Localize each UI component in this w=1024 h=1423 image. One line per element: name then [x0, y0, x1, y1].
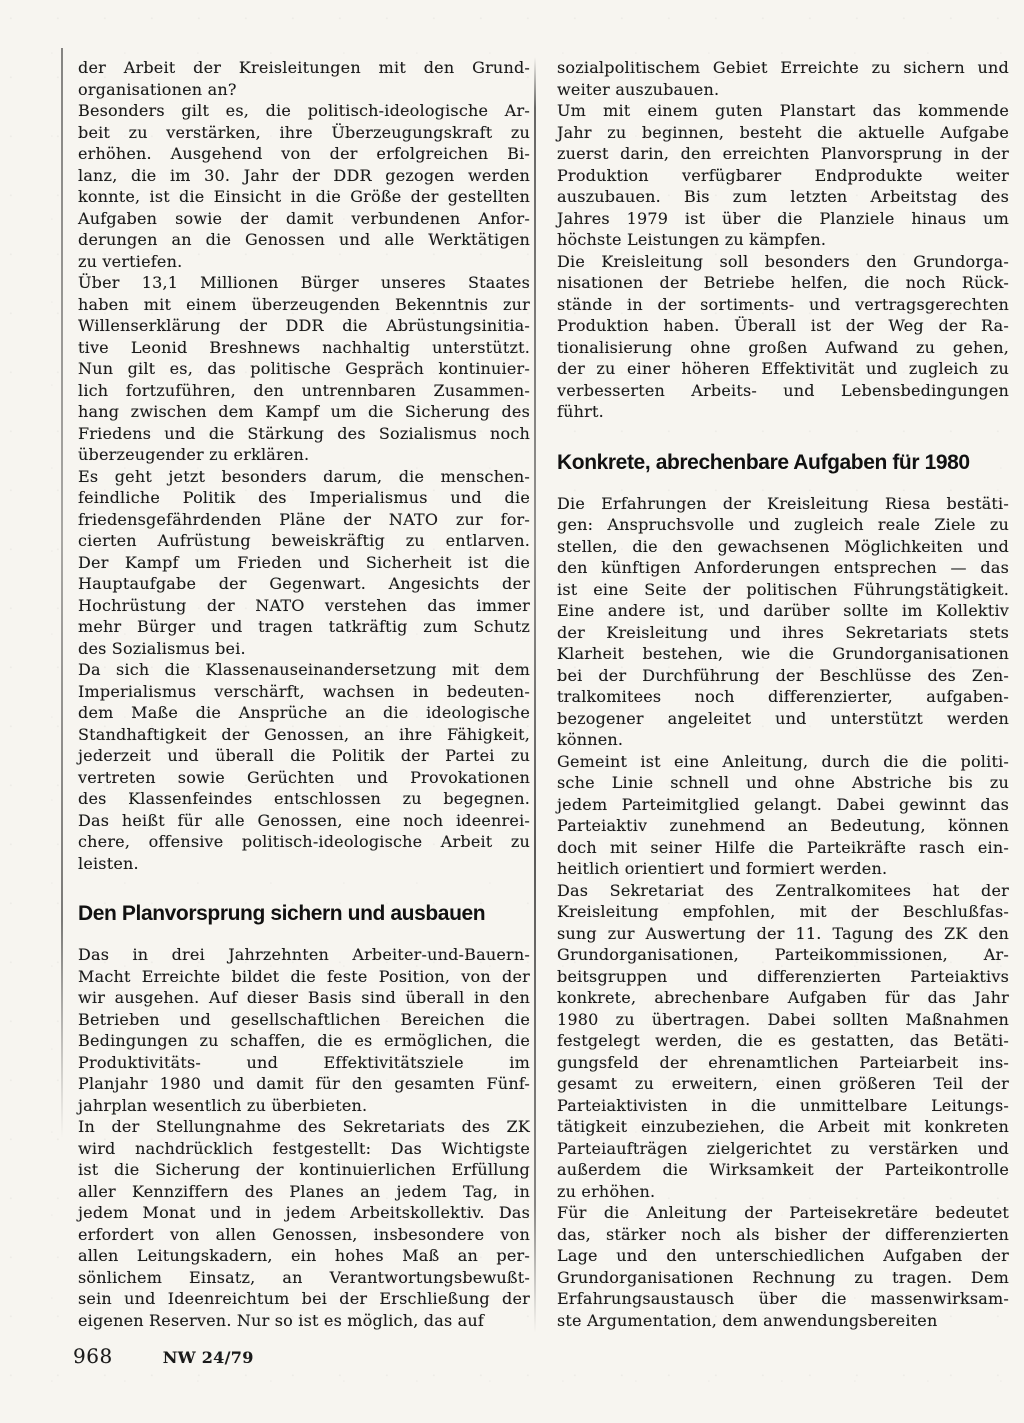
text-line: Macht Erreichte bildet die feste Positio…: [78, 966, 530, 988]
text-line: sein und Ideenreichtum bei der Erschließ…: [78, 1288, 530, 1310]
text-line: überzeugender zu erklären.: [78, 444, 530, 466]
text-line: Willenserklärung der DDR die Abrüstungsi…: [78, 315, 530, 337]
text-line: Lage und den unterschiedlichen Aufgaben …: [557, 1245, 1009, 1267]
text-line: verbesserten Arbeits- und Lebensbedingun…: [557, 380, 1009, 402]
text-line: Jahres 1979 ist über die Planziele hinau…: [557, 208, 1009, 230]
text-line: Da sich die Klassenauseinandersetzung mi…: [78, 659, 530, 681]
paragraph: Da sich die Klassenauseinandersetzung mi…: [78, 659, 530, 874]
text-line: außerdem die Wirksamkeit der Parteikontr…: [557, 1159, 1009, 1181]
text-line: bezogener angeleitet und unterstützt wer…: [557, 708, 1009, 730]
text-line: gen: Anspruchsvolle und zugleich reale Z…: [557, 514, 1009, 536]
text-line: Planjahr 1980 und damit für den gesamten…: [78, 1073, 530, 1095]
text-line: Kreisleitung empfohlen, mit der Beschluß…: [557, 901, 1009, 923]
paragraph: Das in drei Jahrzehnten Arbeiter-und-Bau…: [78, 944, 530, 1116]
text-line: ist die Sicherung der kontinuierlichen E…: [78, 1159, 530, 1181]
text-line: beitsgruppen und differenzierten Parteia…: [557, 966, 1009, 988]
text-line: Eine andere ist, und darüber sollte im K…: [557, 600, 1009, 622]
text-line: festgelegt werden, die es gestatten, das…: [557, 1030, 1009, 1052]
text-line: Das heißt für alle Genossen, eine noch i…: [78, 810, 530, 832]
text-line: haben mit einem überzeugenden Bekenntnis…: [78, 294, 530, 316]
text-line: können.: [557, 729, 1009, 751]
left-column: der Arbeit der Kreisleitungen mit den Gr…: [78, 57, 530, 1331]
text-line: bei der Durchführung der Beschlüsse des …: [557, 665, 1009, 687]
paragraph: Die Erfahrungen der Kreisleitung Riesa b…: [557, 493, 1009, 751]
text-line: vertreten sowie Gerüchten und Provokatio…: [78, 767, 530, 789]
text-line: Parteiaktiv zunehmend an Bedeutung, könn…: [557, 815, 1009, 837]
paragraph: Das Sekretariat des Zentralkomitees hat …: [557, 880, 1009, 1203]
text-line: gungsfeld der ehrenamtlichen Parteiarbei…: [557, 1052, 1009, 1074]
text-line: auszubauen. Bis zum letzten Arbeitstag d…: [557, 186, 1009, 208]
text-line: Besonders gilt es, die politisch-ideolog…: [78, 100, 530, 122]
paragraph: Über 13,1 Millionen Bürger unseres Staat…: [78, 272, 530, 466]
text-line: friedensgefährdenden Pläne der NATO zur …: [78, 509, 530, 531]
text-line: Jahr zu beginnen, besteht die aktuelle A…: [557, 122, 1009, 144]
text-line: Hochrüstung der NATO verstehen das immer: [78, 595, 530, 617]
text-line: erhöhen. Ausgehend von der erfolgreichen…: [78, 143, 530, 165]
text-line: 1980 zu übertragen. Dabei sollten Maßnah…: [557, 1009, 1009, 1031]
text-line: Produktion verfügbarer Endprodukte weite…: [557, 165, 1009, 187]
text-line: den künftigen Anforderungen entsprechen …: [557, 557, 1009, 579]
text-line: der zu einer höheren Effektivität und zu…: [557, 358, 1009, 380]
paragraph: Besonders gilt es, die politisch-ideolog…: [78, 100, 530, 272]
text-line: hang zwischen dem Kampf um die Sicherung…: [78, 401, 530, 423]
text-line: Imperialismus verschärft, wachsen in bed…: [78, 681, 530, 703]
text-line: Es geht jetzt besonders darum, die mensc…: [78, 466, 530, 488]
text-line: Um mit einem guten Planstart das kommend…: [557, 100, 1009, 122]
text-line: Produktivitäts- und Effektivitätsziele i…: [78, 1052, 530, 1074]
scan-edge-line: [61, 48, 63, 1138]
text-line: des Klassenfeindes entschlossen zu begeg…: [78, 788, 530, 810]
text-line: Die Erfahrungen der Kreisleitung Riesa b…: [557, 493, 1009, 515]
text-line: des Sozialismus bei.: [78, 638, 530, 660]
text-line: jederzeit und überall die Politik der Pa…: [78, 745, 530, 767]
text-line: Gemeint ist eine Anleitung, durch die di…: [557, 751, 1009, 773]
text-columns: der Arbeit der Kreisleitungen mit den Gr…: [78, 57, 1009, 1331]
text-line: nisationen der Betriebe helfen, die noch…: [557, 272, 1009, 294]
text-line: zuerst darin, den erreichten Planvorspru…: [557, 143, 1009, 165]
text-line: höchste Leistungen zu kämpfen.: [557, 229, 1009, 251]
text-line: sche Linie schnell und ohne Abstriche bi…: [557, 772, 1009, 794]
text-line: Standhaftigkeit der Genossen, an ihre Fä…: [78, 724, 530, 746]
text-line: sozialpolitischem Gebiet Erreichte zu si…: [557, 57, 1009, 79]
right-column: sozialpolitischem Gebiet Erreichte zu si…: [557, 57, 1009, 1331]
text-line: wir ausgehen. Auf dieser Basis sind über…: [78, 987, 530, 1009]
paragraph: In der Stellungnahme des Sekretariats de…: [78, 1116, 530, 1331]
paragraph: der Arbeit der Kreisleitungen mit den Gr…: [78, 57, 530, 100]
text-line: Parteiaktivisten in die unmittelbare Lei…: [557, 1095, 1009, 1117]
text-line: In der Stellungnahme des Sekretariats de…: [78, 1116, 530, 1138]
text-line: Aufgaben sowie der damit verbundenen Anf…: [78, 208, 530, 230]
text-line: sönlichem Einsatz, an Verantwortungsbewu…: [78, 1267, 530, 1289]
text-line: ste Argumentation, dem anwendungsbereite…: [557, 1310, 1009, 1332]
page-footer: 968 NW 24/79: [73, 1344, 254, 1368]
text-line: Für die Anleitung der Parteisekretäre be…: [557, 1202, 1009, 1224]
text-line: lanz, die im 30. Jahr der DDR gezogen we…: [78, 165, 530, 187]
text-line: Friedens und die Stärkung des Sozialismu…: [78, 423, 530, 445]
text-line: feindliche Politik des Imperialismus und…: [78, 487, 530, 509]
text-line: konkrete, abrechenbare Aufgaben für das …: [557, 987, 1009, 1009]
text-line: erfordert von allen Genossen, insbesonde…: [78, 1224, 530, 1246]
text-line: gesamt zu erweitern, einen größeren Teil…: [557, 1073, 1009, 1095]
text-line: Der Kampf um Frieden und Sicherheit ist …: [78, 552, 530, 574]
text-line: tätigkeit einzubeziehen, die Arbeit mit …: [557, 1116, 1009, 1138]
text-line: zu erhöhen.: [557, 1181, 1009, 1203]
paragraph: Um mit einem guten Planstart das kommend…: [557, 100, 1009, 251]
paragraph: Es geht jetzt besonders darum, die mensc…: [78, 466, 530, 660]
text-line: Produktion haben. Überall ist der Weg de…: [557, 315, 1009, 337]
text-line: Klarheit bestehen, wie die Grundorganisa…: [557, 643, 1009, 665]
text-line: eigenen Reserven. Nur so ist es möglich,…: [78, 1310, 530, 1332]
text-line: der Kreisleitung und ihres Sekretariats …: [557, 622, 1009, 644]
text-line: dem Maße die Ansprüche an die ideologisc…: [78, 702, 530, 724]
text-line: Hauptaufgabe der Gegenwart. Angesichts d…: [78, 573, 530, 595]
text-line: führt.: [557, 401, 1009, 423]
text-line: ist eine Seite der politischen Führungst…: [557, 579, 1009, 601]
text-line: wird nachdrücklich festgestellt: Das Wic…: [78, 1138, 530, 1160]
text-line: cierten Aufrüstung beweiskräftig zu entl…: [78, 530, 530, 552]
paragraph: Gemeint ist eine Anleitung, durch die di…: [557, 751, 1009, 880]
text-line: organisationen an?: [78, 79, 530, 101]
text-line: aller Kennziffern des Planes an jedem Ta…: [78, 1181, 530, 1203]
text-line: stände in der sortiments- und vertragsge…: [557, 294, 1009, 316]
text-line: tive Leonid Breshnews nachhaltig unterst…: [78, 337, 530, 359]
text-line: jedem Parteimitglied gelangt. Dabei gewi…: [557, 794, 1009, 816]
text-line: zu vertiefen.: [78, 251, 530, 273]
text-line: Die Kreisleitung soll besonders den Grun…: [557, 251, 1009, 273]
text-line: heitlich orientiert und formiert werden.: [557, 858, 1009, 880]
paragraph: Die Kreisleitung soll besonders den Grun…: [557, 251, 1009, 423]
text-line: Bedingungen zu schaffen, die es ermöglic…: [78, 1030, 530, 1052]
paragraph: sozialpolitischem Gebiet Erreichte zu si…: [557, 57, 1009, 100]
text-line: Grundorganisationen Rechnung zu tragen. …: [557, 1267, 1009, 1289]
text-line: Über 13,1 Millionen Bürger unseres Staat…: [78, 272, 530, 294]
text-line: Das Sekretariat des Zentralkomitees hat …: [557, 880, 1009, 902]
text-line: Erfahrungsaustausch über die massenwirks…: [557, 1288, 1009, 1310]
text-line: jahrplan wesentlich zu überbieten.: [78, 1095, 530, 1117]
text-line: tionalisierung ohne großen Aufwand zu ge…: [557, 337, 1009, 359]
text-line: konnte, ist die Einsicht in die Größe de…: [78, 186, 530, 208]
text-line: doch mit seiner Hilfe die Parteikräfte r…: [557, 837, 1009, 859]
text-line: beit zu verstärken, ihre Überzeugungskra…: [78, 122, 530, 144]
text-line: Parteiaufträgen zielgerichtet zu verstär…: [557, 1138, 1009, 1160]
magazine-page: der Arbeit der Kreisleitungen mit den Gr…: [0, 0, 1024, 1423]
text-line: das, stärker noch als bisher der differe…: [557, 1224, 1009, 1246]
paragraph: Für die Anleitung der Parteisekretäre be…: [557, 1202, 1009, 1331]
text-line: Nun gilt es, das politische Gespräch kon…: [78, 358, 530, 380]
text-line: derungen an die Genossen und alle Werktä…: [78, 229, 530, 251]
text-line: jedem Monat und in jedem Arbeitskollekti…: [78, 1202, 530, 1224]
text-line: Betrieben und gesellschaftlichen Bereich…: [78, 1009, 530, 1031]
text-line: lich fortzuführen, den untrennbaren Zusa…: [78, 380, 530, 402]
text-line: stellen, die den gewachsenen Möglichkeit…: [557, 536, 1009, 558]
text-line: allen Leitungskadern, ein hohes Maß an p…: [78, 1245, 530, 1267]
issue-label: NW 24/79: [163, 1348, 254, 1367]
text-line: Grundorganisationen, Parteikommissionen,…: [557, 944, 1009, 966]
text-line: leisten.: [78, 853, 530, 875]
text-line: Das in drei Jahrzehnten Arbeiter-und-Bau…: [78, 944, 530, 966]
section-heading: Den Planvorsprung sichern und ausbauen: [78, 900, 530, 927]
text-line: chere, offensive politisch-ideologische …: [78, 831, 530, 853]
page-number: 968: [73, 1344, 113, 1368]
text-line: weiter auszubauen.: [557, 79, 1009, 101]
text-line: mehr Bürger und tragen tatkräftig zum Sc…: [78, 616, 530, 638]
text-line: der Arbeit der Kreisleitungen mit den Gr…: [78, 57, 530, 79]
section-heading: Konkrete, abrechenbare Aufgaben für 1980: [557, 449, 1009, 476]
text-line: sung zur Auswertung der 11. Tagung des Z…: [557, 923, 1009, 945]
text-line: tralkomitees noch differenzierter, aufga…: [557, 686, 1009, 708]
